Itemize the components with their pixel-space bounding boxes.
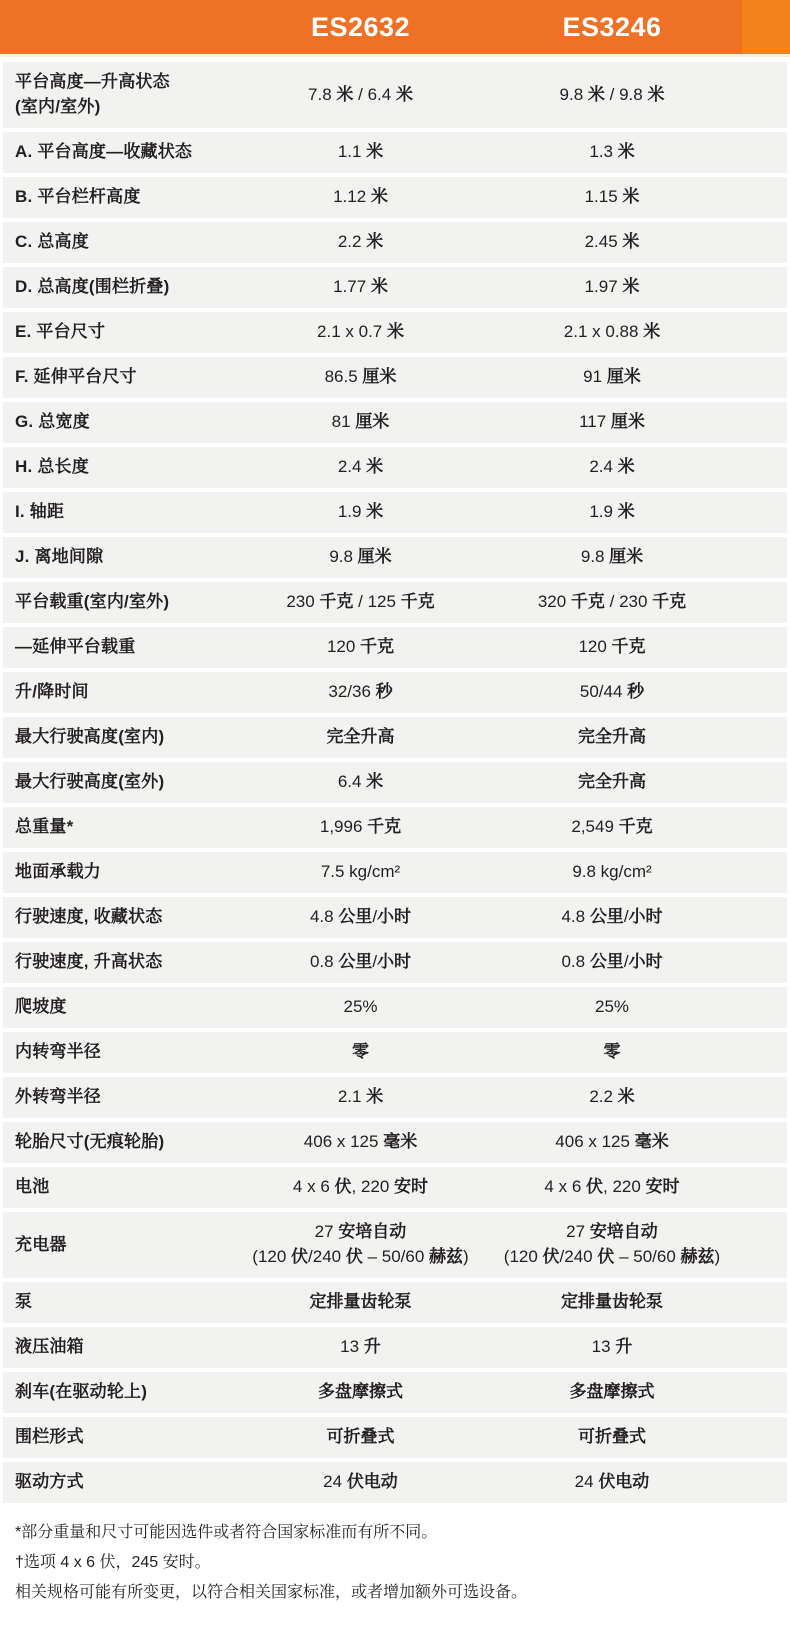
spec-value-es3246: 多盘摩擦式 <box>474 1380 750 1405</box>
spec-label: 液压油箱 <box>3 1335 247 1360</box>
spec-row: —延伸平台载重 120 千克 120 千克 <box>3 627 787 668</box>
spec-value-es2632: 230 千克 / 125 千克 <box>247 590 474 615</box>
spec-label: 内转弯半径 <box>3 1040 247 1065</box>
spec-label: 泵 <box>3 1290 247 1315</box>
spec-row: 外转弯半径 2.1 米 2.2 米 <box>3 1077 787 1118</box>
spec-value-es3246: 4.8 公里/小时 <box>474 905 750 930</box>
spec-value-es3246: 25% <box>474 995 750 1020</box>
spec-row: 电池 4 x 6 伏, 220 安时 4 x 6 伏, 220 安时 <box>3 1167 787 1208</box>
spec-label: H. 总长度 <box>3 455 247 480</box>
spec-row: 地面承载力 7.5 kg/cm² 9.8 kg/cm² <box>3 852 787 893</box>
spec-label: 电池 <box>3 1175 247 1200</box>
spec-value-es3246: 91 厘米 <box>474 365 750 390</box>
spec-value-es3246: 零 <box>474 1040 750 1065</box>
spec-value-es2632: 27 安培自动(120 伏/240 伏 – 50/60 赫兹) <box>247 1220 474 1269</box>
spec-value-es3246: 完全升高 <box>474 725 750 750</box>
spec-value-es2632: 24 伏电动 <box>247 1470 474 1495</box>
spec-value-es3246: 定排量齿轮泵 <box>474 1290 750 1315</box>
spec-value-es3246: 120 千克 <box>474 635 750 660</box>
spec-value-es3246: 1.9 米 <box>474 500 750 525</box>
spec-value-es2632: 4 x 6 伏, 220 安时 <box>247 1175 474 1200</box>
spec-value-es2632: 0.8 公里/小时 <box>247 950 474 975</box>
spec-row: 刹车(在驱动轮上) 多盘摩擦式 多盘摩擦式 <box>3 1372 787 1413</box>
spec-label: 轮胎尺寸(无痕轮胎) <box>3 1130 247 1155</box>
spec-label: 外转弯半径 <box>3 1085 247 1110</box>
spec-label: 平台高度—升高状态 (室内/室外) <box>3 70 247 119</box>
spec-row: D. 总高度(围栏折叠) 1.77 米 1.97 米 <box>3 267 787 308</box>
spec-row: F. 延伸平台尺寸 86.5 厘米 91 厘米 <box>3 357 787 398</box>
spec-value-es3246: 0.8 公里/小时 <box>474 950 750 975</box>
spec-value-es2632: 120 千克 <box>247 635 474 660</box>
spec-label: 围栏形式 <box>3 1425 247 1450</box>
spec-label: 升/降时间 <box>3 680 247 705</box>
spec-value-es3246: 可折叠式 <box>474 1425 750 1450</box>
spec-label: C. 总高度 <box>3 230 247 255</box>
spec-label: 总重量* <box>3 815 247 840</box>
column-header-es2632: ES2632 <box>247 12 474 43</box>
spec-label: 行驶速度, 升高状态 <box>3 950 247 975</box>
spec-value-es3246: 9.8 米 / 9.8 米 <box>474 83 750 108</box>
spec-value-es2632: 2.1 x 0.7 米 <box>247 320 474 345</box>
spec-value-es2632: 4.8 公里/小时 <box>247 905 474 930</box>
spec-row: H. 总长度 2.4 米 2.4 米 <box>3 447 787 488</box>
spec-row: 最大行驶高度(室外) 6.4 米 完全升高 <box>3 762 787 803</box>
spec-table-body: 平台高度—升高状态 (室内/室外) 7.8 米 / 6.4 米 9.8 米 / … <box>0 57 790 1503</box>
table-header: ES2632 ES3246 <box>0 0 790 57</box>
spec-value-es3246: 4 x 6 伏, 220 安时 <box>474 1175 750 1200</box>
spec-value-es3246: 1.3 米 <box>474 140 750 165</box>
spec-value-es3246: 1.15 米 <box>474 185 750 210</box>
spec-row: 充电器 27 安培自动(120 伏/240 伏 – 50/60 赫兹) 27 安… <box>3 1212 787 1278</box>
spec-value-es2632: 406 x 125 毫米 <box>247 1130 474 1155</box>
spec-label: I. 轴距 <box>3 500 247 525</box>
spec-row: 行驶速度, 收藏状态 4.8 公里/小时 4.8 公里/小时 <box>3 897 787 938</box>
spec-row: 轮胎尺寸(无痕轮胎) 406 x 125 毫米 406 x 125 毫米 <box>3 1122 787 1163</box>
spec-label: 驱动方式 <box>3 1470 247 1495</box>
spec-value-es2632: 9.8 厘米 <box>247 545 474 570</box>
spec-value-es2632: 2.4 米 <box>247 455 474 480</box>
spec-value-es3246: 9.8 厘米 <box>474 545 750 570</box>
spec-value-es3246: 117 厘米 <box>474 410 750 435</box>
spec-value-es2632: 2.2 米 <box>247 230 474 255</box>
spec-value-es3246: 320 千克 / 230 千克 <box>474 590 750 615</box>
spec-value-es3246: 2.45 米 <box>474 230 750 255</box>
spec-row: C. 总高度 2.2 米 2.45 米 <box>3 222 787 263</box>
spec-value-es3246: 406 x 125 毫米 <box>474 1130 750 1155</box>
footnotes: *部分重量和尺寸可能因选件或者符合国家标准而有所不同。 †选项 4 x 6 伏，… <box>0 1507 790 1629</box>
spec-label: A. 平台高度—收藏状态 <box>3 140 247 165</box>
spec-value-es2632: 86.5 厘米 <box>247 365 474 390</box>
spec-row: 液压油箱 13 升 13 升 <box>3 1327 787 1368</box>
spec-value-es2632: 完全升高 <box>247 725 474 750</box>
spec-sheet: ES2632 ES3246 平台高度—升高状态 (室内/室外) 7.8 米 / … <box>0 0 790 1629</box>
spec-row: A. 平台高度—收藏状态 1.1 米 1.3 米 <box>3 132 787 173</box>
spec-value-es2632: 定排量齿轮泵 <box>247 1290 474 1315</box>
spec-row: J. 离地间隙 9.8 厘米 9.8 厘米 <box>3 537 787 578</box>
spec-row: 平台高度—升高状态 (室内/室外) 7.8 米 / 6.4 米 9.8 米 / … <box>3 62 787 128</box>
spec-row: 泵 定排量齿轮泵 定排量齿轮泵 <box>3 1282 787 1323</box>
spec-value-es3246: 50/44 秒 <box>474 680 750 705</box>
spec-label: 最大行驶高度(室外) <box>3 770 247 795</box>
spec-label: 行驶速度, 收藏状态 <box>3 905 247 930</box>
spec-label: 充电器 <box>3 1233 247 1258</box>
spec-label: —延伸平台载重 <box>3 635 247 660</box>
spec-label: J. 离地间隙 <box>3 545 247 570</box>
spec-row: 平台载重(室内/室外) 230 千克 / 125 千克 320 千克 / 230… <box>3 582 787 623</box>
spec-label: F. 延伸平台尺寸 <box>3 365 247 390</box>
spec-value-es2632: 1,996 千克 <box>247 815 474 840</box>
spec-value-es3246: 2,549 千克 <box>474 815 750 840</box>
spec-value-es2632: 6.4 米 <box>247 770 474 795</box>
spec-label: D. 总高度(围栏折叠) <box>3 275 247 300</box>
spec-value-es2632: 多盘摩擦式 <box>247 1380 474 1405</box>
column-header-es3246: ES3246 <box>474 12 750 43</box>
spec-label: 平台载重(室内/室外) <box>3 590 247 615</box>
spec-value-es2632: 81 厘米 <box>247 410 474 435</box>
spec-label: B. 平台栏杆高度 <box>3 185 247 210</box>
spec-value-es3246: 2.1 x 0.88 米 <box>474 320 750 345</box>
spec-row: G. 总宽度 81 厘米 117 厘米 <box>3 402 787 443</box>
spec-row: 驱动方式 24 伏电动 24 伏电动 <box>3 1462 787 1503</box>
spec-label: 最大行驶高度(室内) <box>3 725 247 750</box>
spec-value-es2632: 25% <box>247 995 474 1020</box>
spec-value-es2632: 1.12 米 <box>247 185 474 210</box>
spec-value-es2632: 7.5 kg/cm² <box>247 860 474 885</box>
spec-value-es3246: 1.97 米 <box>474 275 750 300</box>
spec-row: 总重量* 1,996 千克 2,549 千克 <box>3 807 787 848</box>
spec-value-es2632: 1.9 米 <box>247 500 474 525</box>
spec-row: 升/降时间 32/36 秒 50/44 秒 <box>3 672 787 713</box>
spec-value-es3246: 2.2 米 <box>474 1085 750 1110</box>
spec-value-es3246: 2.4 米 <box>474 455 750 480</box>
spec-value-es2632: 1.1 米 <box>247 140 474 165</box>
spec-value-es3246: 27 安培自动(120 伏/240 伏 – 50/60 赫兹) <box>474 1220 750 1269</box>
spec-value-es2632: 13 升 <box>247 1335 474 1360</box>
spec-value-es3246: 完全升高 <box>474 770 750 795</box>
spec-label: 地面承载力 <box>3 860 247 885</box>
spec-row: 爬坡度 25% 25% <box>3 987 787 1028</box>
spec-value-es2632: 1.77 米 <box>247 275 474 300</box>
footnote-spec-change: 相关规格可能有所变更，以符合相关国家标准，或者增加额外可选设备。 <box>15 1581 770 1605</box>
spec-label: 刹车(在驱动轮上) <box>3 1380 247 1405</box>
spec-row: I. 轴距 1.9 米 1.9 米 <box>3 492 787 533</box>
spec-value-es2632: 零 <box>247 1040 474 1065</box>
spec-value-es3246: 24 伏电动 <box>474 1470 750 1495</box>
spec-value-es2632: 可折叠式 <box>247 1425 474 1450</box>
footnote-battery-option: †选项 4 x 6 伏，245 安时。 <box>15 1551 770 1575</box>
spec-value-es2632: 32/36 秒 <box>247 680 474 705</box>
spec-row: 围栏形式 可折叠式 可折叠式 <box>3 1417 787 1458</box>
spec-value-es2632: 2.1 米 <box>247 1085 474 1110</box>
spec-row: E. 平台尺寸 2.1 x 0.7 米 2.1 x 0.88 米 <box>3 312 787 353</box>
spec-value-es2632: 7.8 米 / 6.4 米 <box>247 83 474 108</box>
spec-row: 最大行驶高度(室内) 完全升高 完全升高 <box>3 717 787 758</box>
spec-row: B. 平台栏杆高度 1.12 米 1.15 米 <box>3 177 787 218</box>
spec-value-es3246: 9.8 kg/cm² <box>474 860 750 885</box>
spec-row: 内转弯半径 零 零 <box>3 1032 787 1073</box>
spec-label: 爬坡度 <box>3 995 247 1020</box>
spec-label: G. 总宽度 <box>3 410 247 435</box>
spec-label: E. 平台尺寸 <box>3 320 247 345</box>
spec-row: 行驶速度, 升高状态 0.8 公里/小时 0.8 公里/小时 <box>3 942 787 983</box>
spec-value-es3246: 13 升 <box>474 1335 750 1360</box>
footnote-weight-disclaimer: *部分重量和尺寸可能因选件或者符合国家标准而有所不同。 <box>15 1521 770 1545</box>
